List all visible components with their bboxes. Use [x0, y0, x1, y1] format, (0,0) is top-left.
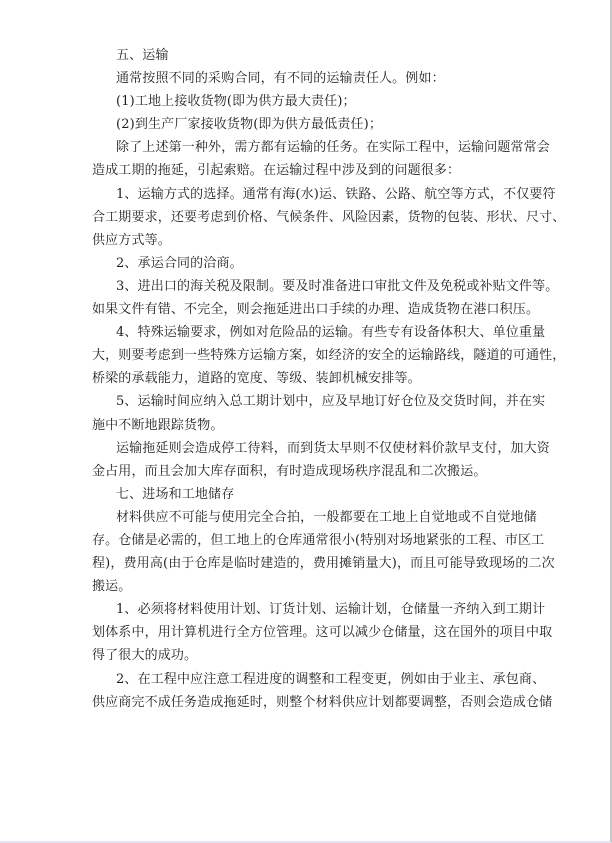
text-line: 搬运。: [92, 575, 518, 598]
text-line: 通常按照不同的采购合同，有不同的运输责任人。例如：: [92, 67, 518, 90]
text-line: 施中不断地跟踪货物。: [92, 414, 518, 437]
text-line: (2)到生产厂家接收货物(即为供方最低责任)；: [92, 113, 518, 136]
text-line: 4、特殊运输要求，例如对危险品的运输。有些专有设备体积大、单位重量: [92, 321, 518, 344]
text-line: 供应商完不成任务造成拖延时，则整个材料供应计划都要调整，否则会造成仓储: [92, 691, 518, 714]
text-line: 程)，费用高(由于仓库是临时建造的，费用摊销量大)，而且可能导致现场的二次: [92, 552, 518, 575]
document-body: 五、运输通常按照不同的采购合同，有不同的运输责任人。例如：(1)工地上接收货物(…: [92, 44, 518, 714]
text-line: 得了很大的成功。: [92, 644, 518, 667]
text-line: 材料供应不可能与使用完全合拍，一般都要在工地上自觉地或不自觉地储: [92, 506, 518, 529]
text-line: 2、承运合同的洽商。: [92, 252, 518, 275]
text-line: 如果文件有错、不完全，则会拖延进出口手续的办理、造成货物在港口积压。: [92, 298, 518, 321]
text-line: 5、运输时间应纳入总工期计划中，应及早地订好仓位及交货时间，并在实: [92, 390, 518, 413]
text-line: 合工期要求，还要考虑到价格、气候条件、风险因素，货物的包装、形状、尺寸、: [92, 206, 518, 229]
text-line: 3、进出口的海关税及限制。要及时准备进口审批文件及免税或补贴文件等。: [92, 275, 518, 298]
text-line: 1、必须将材料使用计划、订货计划、运输计划，仓储量一齐纳入到工期计: [92, 598, 518, 621]
text-line: 2、在工程中应注意工程进度的调整和工程变更，例如由于业主、承包商、: [92, 668, 518, 691]
text-line: 七、进场和工地储存: [92, 483, 518, 506]
text-line: 1、运输方式的选择。通常有海(水)运、铁路、公路、航空等方式，不仅要符: [92, 183, 518, 206]
text-line: 供应方式等。: [92, 229, 518, 252]
text-line: 金占用，而且会加大库存面积，有时造成现场秩序混乱和二次搬运。: [92, 460, 518, 483]
text-line: 划体系中，用计算机进行全方位管理。这可以减少仓储量，这在国外的项目中取: [92, 621, 518, 644]
text-line: 除了上述第一种外，需方都有运输的任务。在实际工程中，运输问题常常会: [92, 136, 518, 159]
text-line: 造成工期的拖延，引起索赔。在运输过程中涉及到的问题很多：: [92, 159, 518, 182]
document-page: 五、运输通常按照不同的采购合同，有不同的运输责任人。例如：(1)工地上接收货物(…: [0, 0, 612, 843]
text-line: 大，则要考虑到一些特殊方运输方案，如经济的安全的运输路线，隧道的可通性，: [92, 344, 518, 367]
text-line: (1)工地上接收货物(即为供方最大责任)；: [92, 90, 518, 113]
text-line: 存。仓储是必需的，但工地上的仓库通常很小(特别对场地紧张的工程、市区工: [92, 529, 518, 552]
text-line: 运输拖延则会造成停工待料，而到货太早则不仅使材料价款早支付，加大资: [92, 437, 518, 460]
text-line: 桥梁的承载能力，道路的宽度、等级、装卸机械安排等。: [92, 367, 518, 390]
text-line: 五、运输: [92, 44, 518, 67]
